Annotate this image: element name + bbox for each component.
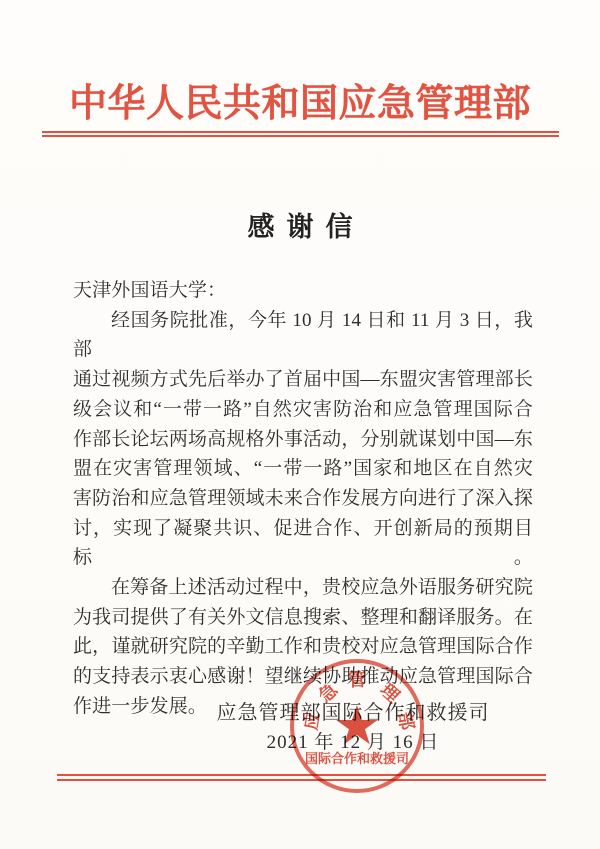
body-line: 此，谨就研究院的辛勤工作和贵校对应急管理国际合作	[73, 632, 533, 662]
seal-arc-char: 管	[347, 670, 367, 690]
seal-department-text: 国际合作和救援司	[294, 751, 420, 767]
body-line: 级会议和“一带一路”自然灾害防治和应急管理国际合	[73, 395, 533, 425]
letter-title: 感谢信	[0, 211, 600, 243]
salutation: 天津外国语大学：	[73, 276, 533, 306]
body-line: 害防治和应急管理领域未来合作发展方向进行了深入探	[73, 484, 533, 514]
official-seal: 应 急 管 理 部 ★ 国际合作和救援司	[290, 659, 424, 793]
body-line: 盟在灾害管理领域、“一带一路”国家和地区在自然灾	[73, 454, 533, 484]
body-line: 为我司提供了有关外文信息搜索、整理和翻译服务。在	[73, 603, 533, 633]
letter-page: 中华人民共和国应急管理部 感谢信 天津外国语大学： 经国务院批准，今年 10 月…	[0, 0, 600, 849]
letter-body: 天津外国语大学： 经国务院批准，今年 10 月 14 日和 11 月 3 日，我…	[73, 276, 533, 722]
footer-rule	[57, 774, 546, 781]
body-line: 在筹备上述活动过程中，贵校应急外语服务研究院	[73, 573, 533, 603]
letterhead-rule	[42, 131, 559, 137]
body-line: 讨，实现了凝聚共识、促进合作、开创新局的预期目标。	[73, 514, 533, 573]
letterhead-title: 中华人民共和国应急管理部	[0, 76, 600, 132]
body-line: 通过视频方式先后举办了首届中国—东盟灾害管理部长	[73, 365, 533, 395]
body-line: 作部长论坛两场高规格外事活动，分别就谋划中国—东	[73, 425, 533, 455]
body-line: 经国务院批准，今年 10 月 14 日和 11 月 3 日，我部	[73, 306, 533, 365]
seal-star-icon: ★	[294, 697, 420, 755]
